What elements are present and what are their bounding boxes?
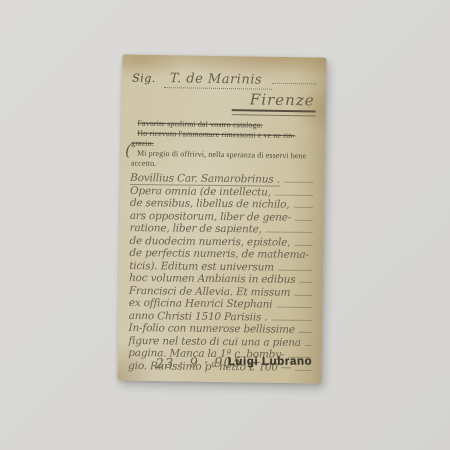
ink-rule [299,332,312,333]
ink-rule [294,244,312,245]
ink-rule [294,294,312,295]
ink-rule [266,231,313,232]
addressee-name-handwritten: T. de Marinis [164,71,273,90]
printed-option-kept: ( Mi pregio di offrirvi, nella speranza … [131,149,315,172]
bookseller-stamp: Luigi Lubrano [227,356,312,368]
dotted-rule [272,69,316,85]
address-line-city: Firenze [232,90,316,116]
handwritten-description: Bovillius Car. Samarobrinus . Opera omni… [128,172,314,374]
photo-background: Sig. T. de Marinis Firenze Favorite sped… [0,0,450,450]
ink-rule [275,194,313,195]
handwritten-selection-mark: ( [125,145,132,155]
salutation-printed: Sig. [132,72,156,85]
city-double-underline [232,109,316,116]
ink-rule [276,307,311,308]
printed-option-text: Mi pregio di offrirvi, nella speranza di… [131,149,307,168]
card-footer: 23 · 9 · 905 — Luigi Lubrano [128,350,314,375]
printed-form-options: Favorite spedirmi dal vostro catalogo. H… [131,119,316,172]
ink-rule [293,207,312,208]
ink-rule [278,269,312,270]
ink-rule [271,319,311,320]
postcard: Sig. T. de Marinis Firenze Favorite sped… [117,54,326,383]
ink-rule [284,182,313,183]
ink-rule [305,344,312,345]
ink-rule [299,282,312,283]
ink-rule [295,219,313,220]
addressee-city-handwritten: Firenze [232,90,316,109]
address-line-name: Sig. T. de Marinis [132,67,316,91]
